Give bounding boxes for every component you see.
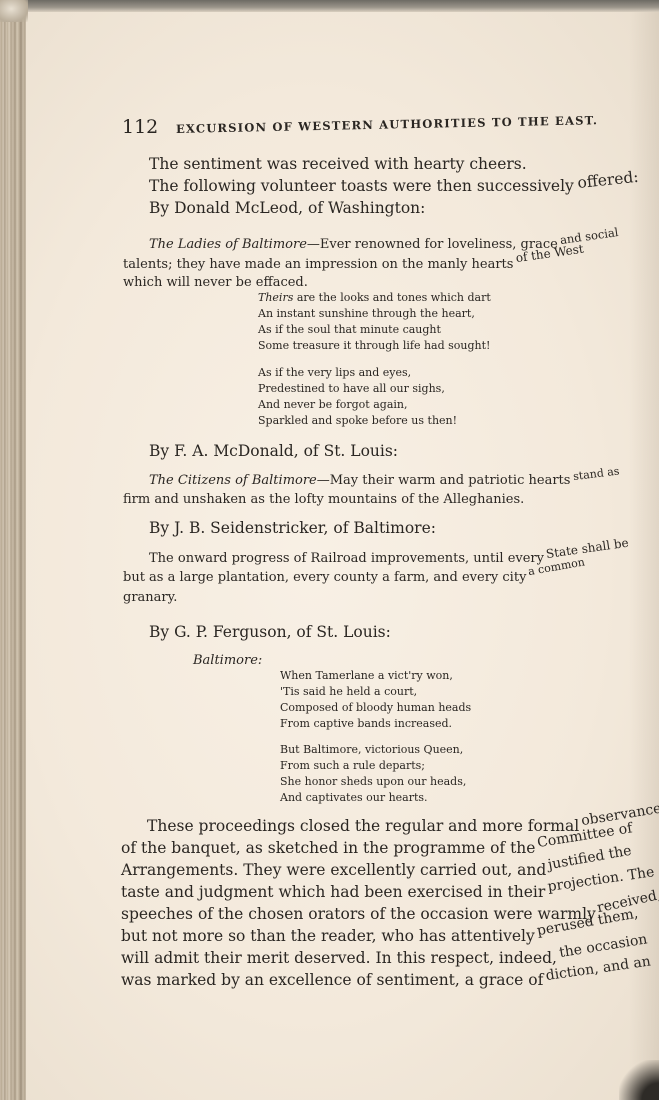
closing-text: of the banquet, as sketched in the progr…: [121, 839, 535, 857]
top-page-edge: [0, 0, 659, 12]
toast-4-speaker: By G. P. Ferguson, of St. Louis:: [149, 622, 391, 643]
toast-3-line-3: granary.: [123, 588, 177, 608]
verse-line: And never be forgot again,: [258, 397, 457, 413]
toast-1-subject: The Ladies of Baltimore: [149, 237, 307, 252]
running-head-title: EXCURSION OF WESTERN AUTHORITIES TO THE …: [176, 113, 598, 136]
closing-line-4: taste and judgment which had been exerci…: [121, 882, 658, 904]
closing-text: Arrangements. They were excellently carr…: [121, 861, 546, 879]
verse-line: But Baltimore, victorious Queen,: [280, 742, 466, 758]
toast-3-text-2: but as a large plantation, every county …: [123, 570, 526, 585]
closing-text: These proceedings closed the regular and…: [147, 817, 579, 835]
toast-2-subject: The Citizens of Baltimore: [149, 473, 317, 488]
verse-text: are the looks and tones which dart: [293, 291, 490, 304]
toast-2-text: —May their warm and patriotic hearts: [317, 473, 571, 488]
verse-line: From captive bands increased.: [280, 716, 471, 732]
toast-1-verse-stanza-1: Theirs are the looks and tones which dar…: [258, 290, 491, 354]
toast-4-verse-stanza-2: But Baltimore, victorious Queen, From su…: [280, 742, 466, 806]
toast-1-speaker: By Donald McLeod, of Washington:: [149, 198, 425, 219]
verse-line: From such a rule departs;: [280, 758, 466, 774]
closing-text: but not more so than the reader, who has…: [121, 927, 535, 945]
toast-4-subject: Baltimore:: [193, 651, 262, 671]
closing-text: speeches of the chosen orators of the oc…: [121, 905, 596, 923]
toast-1-text-2: talents; they have made an impression on…: [123, 257, 513, 272]
closing-text: taste and judgment which had been exerci…: [121, 883, 545, 901]
toast-3-text: The onward progress of Railroad improvem…: [149, 551, 544, 566]
verse-line: Sparkled and spoke before us then!: [258, 413, 457, 429]
scanned-book-page: 112 EXCURSION OF WESTERN AUTHORITIES TO …: [0, 0, 659, 1100]
corner-shadow: [619, 1060, 659, 1100]
toast-4-verse-stanza-1: When Tamerlane a vict'ry won, 'Tis said …: [280, 668, 471, 732]
verse-line: Composed of bloody human heads: [280, 700, 471, 716]
spine-corner: [0, 0, 28, 22]
book-spine-edge: [0, 0, 26, 1100]
intro-line-2: The following volunteer toasts were then…: [149, 176, 640, 197]
verse-line: An instant sunshine through the heart,: [258, 306, 491, 322]
verse-line: When Tamerlane a vict'ry won,: [280, 668, 471, 684]
toast-2-speaker: By F. A. McDonald, of St. Louis:: [149, 441, 398, 462]
verse-line: As if the soul that minute caught: [258, 322, 491, 338]
verse-italic: Theirs: [258, 291, 293, 304]
toast-2-curl: stand as: [572, 462, 621, 488]
verse-line: As if the very lips and eyes,: [258, 365, 457, 381]
closing-text: was marked by an excellence of sentiment…: [121, 971, 543, 989]
toast-2-line-2: firm and unshaken as the lofty mountains…: [123, 490, 524, 510]
running-head: 112 EXCURSION OF WESTERN AUTHORITIES TO …: [122, 116, 562, 138]
verse-line: Predestined to have all our sighs,: [258, 381, 457, 397]
toast-1-line-2: talents; they have made an impression on…: [123, 254, 586, 275]
closing-line-8: was marked by an excellence of sentiment…: [121, 970, 654, 992]
toast-2-line-1: The Citizens of Baltimore—May their warm…: [149, 471, 621, 491]
toast-3-line-2: but as a large plantation, every county …: [123, 568, 588, 588]
verse-line: She honor sheds upon our heads,: [280, 774, 466, 790]
intro-line-1: The sentiment was received with hearty c…: [149, 154, 527, 175]
toast-3-speaker: By J. B. Seidenstricker, of Baltimore:: [149, 518, 436, 539]
intro-text-1: The sentiment was received with hearty c…: [149, 155, 527, 173]
toast-1-verse-stanza-2: As if the very lips and eyes, Predestine…: [258, 365, 457, 429]
intro-text-2: The following volunteer toasts were then…: [149, 177, 574, 195]
verse-line: 'Tis said he held a court,: [280, 684, 471, 700]
closing-text: will admit their merit deserved. In this…: [121, 949, 557, 967]
verse-line: And captivates our hearts.: [280, 790, 466, 806]
verse-line: Some treasure it through life had sought…: [258, 338, 491, 354]
verse-line: Theirs are the looks and tones which dar…: [258, 290, 491, 306]
page-number: 112: [122, 116, 158, 138]
